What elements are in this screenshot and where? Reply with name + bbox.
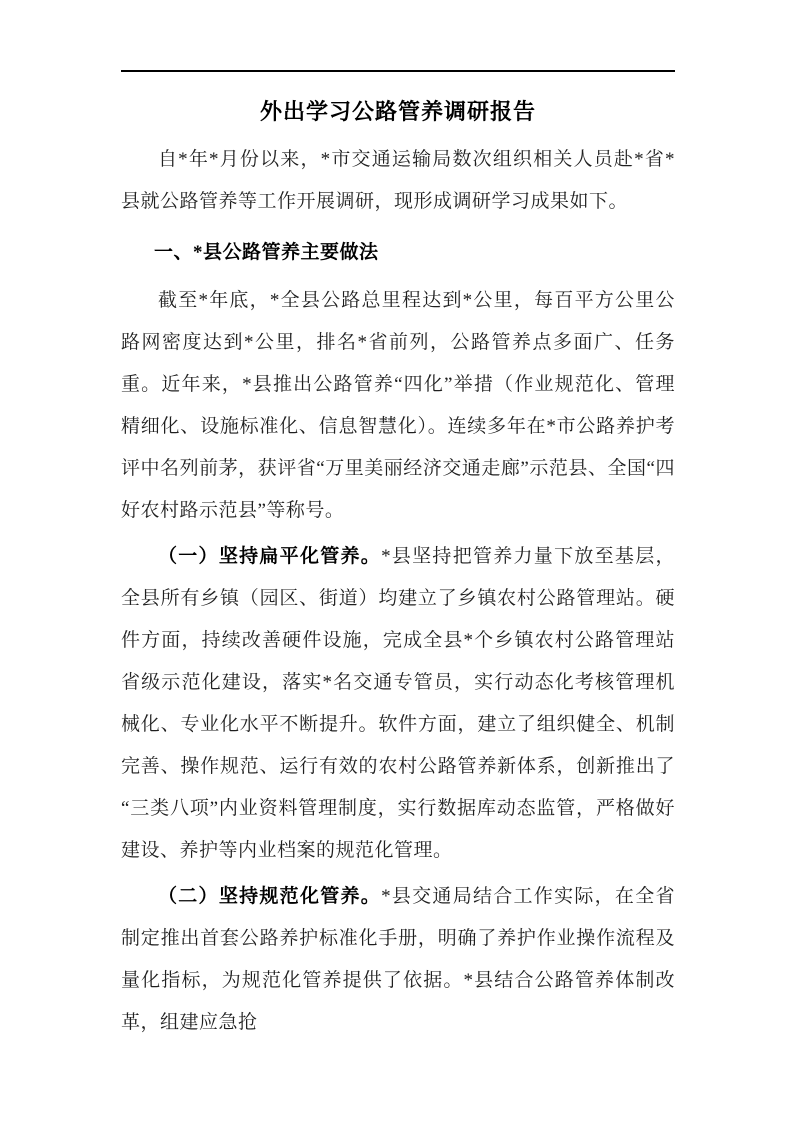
header-divider-line [121,70,675,72]
document-page: 外出学习公路管养调研报告 自*年*月份以来，*市交通运输局数次组织相关人员赴*省… [0,0,793,1122]
document-title: 外出学习公路管养调研报告 [121,92,675,132]
intro-paragraph: 自*年*月份以来，*市交通运输局数次组织相关人员赴*省*县就公路管养等工作开展调… [121,139,675,223]
subsection-2-paragraph: （二）坚持规范化管养。*县交通局结合工作实际，在全省制定推出首套公路养护标准化手… [121,876,675,1044]
subsection-2-body: *县交通局结合工作实际，在全省制定推出首套公路养护标准化手册，明确了养护作业操作… [121,886,675,1033]
section-1-overview-paragraph: 截至*年底，*全县公路总里程达到*公里，每百平方公里公路网密度达到*公里，排名*… [121,280,675,532]
subsection-1-lead: （一）坚持扁平化管养。 [158,546,381,567]
section-1-heading: 一、*县公路管养主要做法 [121,232,675,274]
subsection-2-lead: （二）坚持规范化管养。 [158,886,381,907]
subsection-1-body: *县坚持把管养力量下放至基层，全县所有乡镇（园区、街道）均建立了乡镇农村公路管理… [121,546,675,861]
subsection-1-paragraph: （一）坚持扁平化管养。*县坚持把管养力量下放至基层，全县所有乡镇（园区、街道）均… [121,536,675,872]
